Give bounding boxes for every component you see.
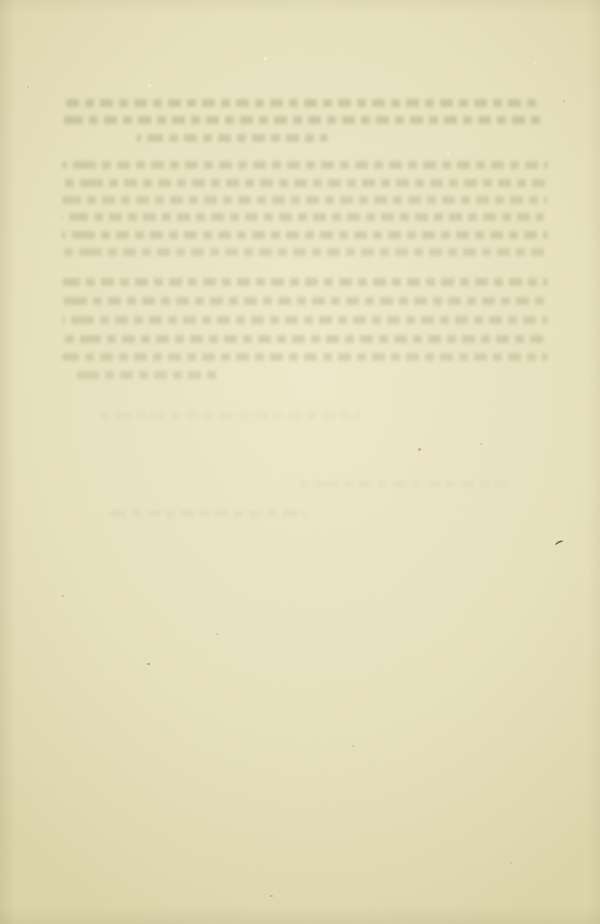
paper-speck [480,443,482,445]
paper-speck [147,663,150,665]
paper-speck [270,895,273,897]
paper-speck [264,57,267,60]
paper-specks [0,0,600,924]
paper-speck [534,62,537,65]
paper-speck [62,595,64,597]
paper-speck [27,86,29,88]
paper-speck [447,152,450,155]
paper-speck [563,100,565,102]
ink-fleck [554,539,564,547]
paper-speck [216,633,218,635]
paper-speck [148,84,151,87]
paper-speck [418,448,421,451]
paper-speck [352,745,354,747]
paper-speck [510,862,512,864]
scanned-page [0,0,600,924]
